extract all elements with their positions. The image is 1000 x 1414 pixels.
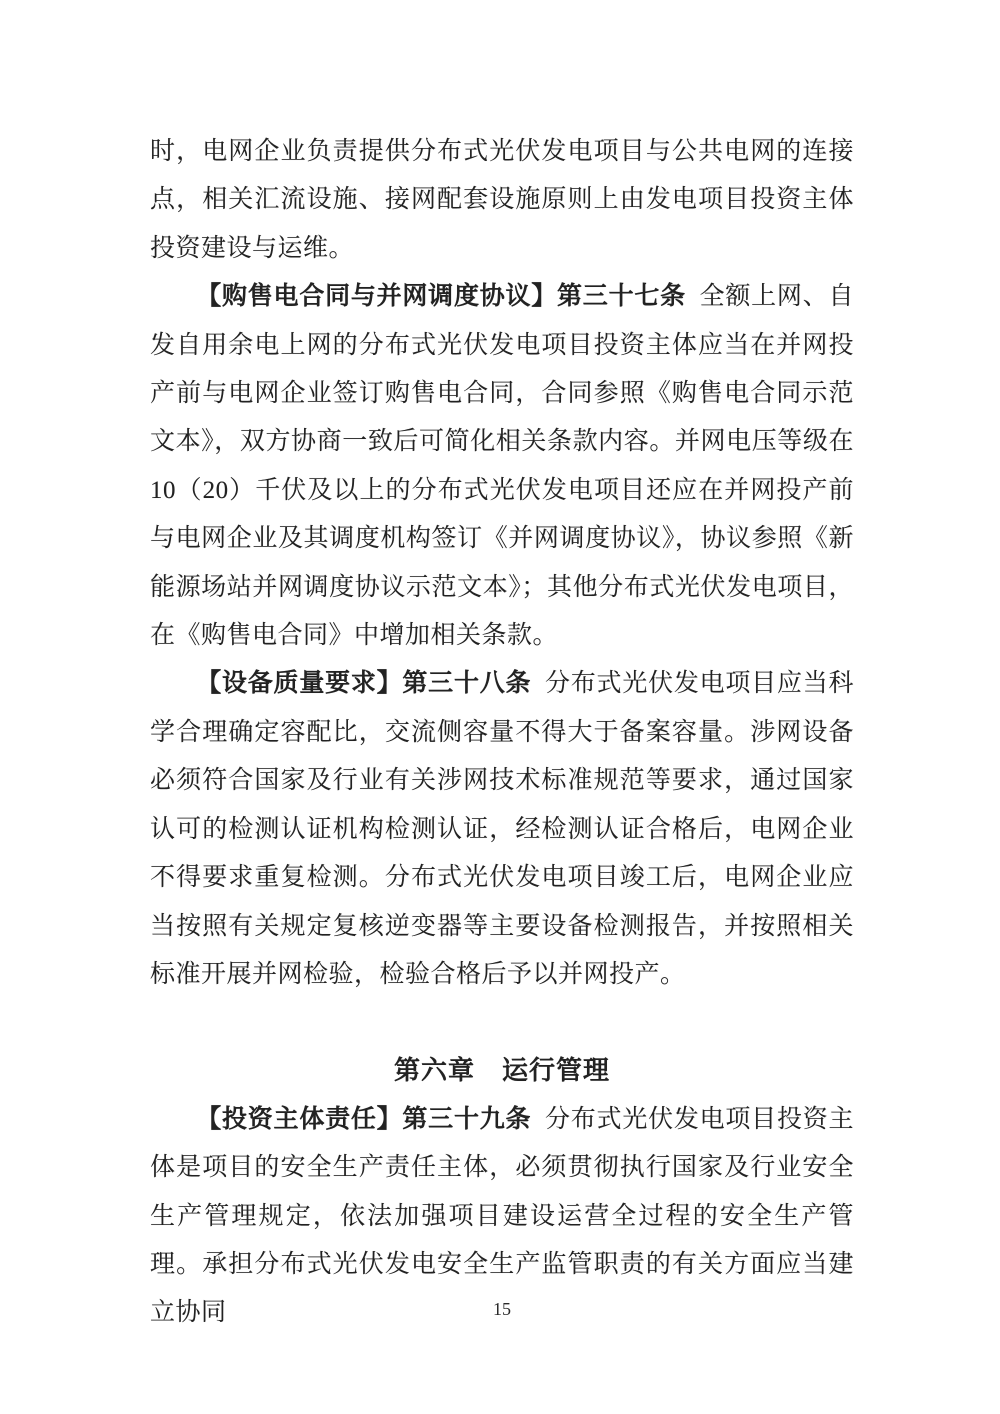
document-page: 时，电网企业负责提供分布式光伏发电项目与公共电网的连接点，相关汇流设施、接网配套…	[0, 0, 1000, 1414]
article-38-text: 分布式光伏发电项目应当科学合理确定容配比，交流侧容量不得大于备案容量。涉网设备必…	[150, 670, 854, 987]
paragraph-grid-connection-continuation: 时，电网企业负责提供分布式光伏发电项目与公共电网的连接点，相关汇流设施、接网配套…	[150, 128, 854, 273]
article-37-text: 全额上网、自发自用余电上网的分布式光伏发电项目投资主体应当在并网投产前与电网企业…	[150, 283, 854, 649]
article-39-label: 【投资主体责任】第三十九条	[196, 1106, 531, 1133]
paragraph-article-37: 【购售电合同与并网调度协议】第三十七条全额上网、自发自用余电上网的分布式光伏发电…	[150, 273, 854, 660]
paragraph-text: 时，电网企业负责提供分布式光伏发电项目与公共电网的连接点，相关汇流设施、接网配套…	[150, 138, 854, 262]
article-39-text: 分布式光伏发电项目投资主体是项目的安全生产责任主体，必须贯彻执行国家及行业安全生…	[150, 1106, 854, 1327]
article-38-label: 【设备质量要求】第三十八条	[196, 670, 531, 697]
chapter-heading: 第六章 运行管理	[150, 1047, 854, 1095]
article-37-label: 【购售电合同与并网调度协议】第三十七条	[196, 283, 686, 310]
page-number: 15	[150, 1297, 854, 1321]
document-body: 时，电网企业负责提供分布式光伏发电项目与公共电网的连接点，相关汇流设施、接网配套…	[150, 128, 854, 1338]
paragraph-article-38: 【设备质量要求】第三十八条分布式光伏发电项目应当科学合理确定容配比，交流侧容量不…	[150, 660, 854, 999]
